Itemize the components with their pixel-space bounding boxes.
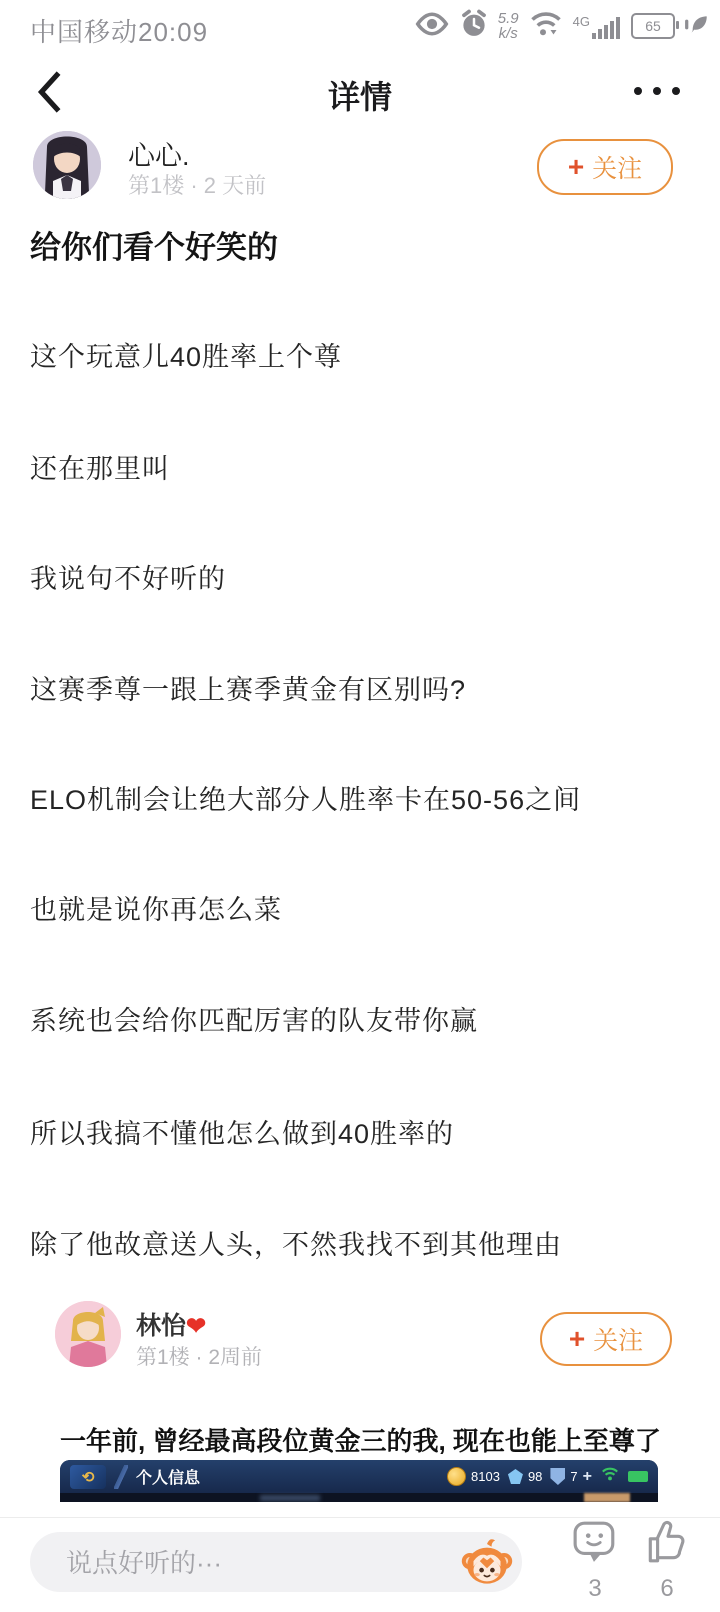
comment-floor-time: 第1楼 · 2周前 [136, 1341, 262, 1371]
comment-text: 一年前, 曾经最高段位黄金三的我, 现在也能上至尊了 [60, 1421, 661, 1458]
post-paragraph: 系统也会给你匹配厉害的队友带你赢 [30, 999, 478, 1038]
game-screenshot-lower-strip [60, 1493, 658, 1502]
thumbs-up-icon [644, 1518, 690, 1571]
post-paragraph: 除了他故意送人头，不然我找不到其他理由 [30, 1223, 562, 1262]
post-paragraph: 所以我搞不懂他怎么做到40胜率的 [30, 1112, 454, 1151]
comment-author-name-text: 林怡 [136, 1312, 186, 1340]
dot-icon [634, 87, 642, 95]
status-icons: 5.9 k/s 4G 65 [414, 0, 716, 52]
like-count: 6 [660, 1575, 673, 1603]
wifi-icon [528, 9, 564, 44]
post-paragraph: 我说句不好听的 [30, 557, 226, 596]
emoji-mascot-icon[interactable] [460, 1535, 514, 1589]
shield-icon [550, 1468, 565, 1485]
blurred-ui-fragment [260, 1495, 320, 1501]
decorative-slash [114, 1465, 128, 1489]
follow-label: 关注 [592, 149, 642, 185]
cellular-signal-icon: 4G [573, 13, 622, 39]
token-counter: 7 + [550, 1468, 592, 1486]
network-type-label: 4G [573, 14, 590, 29]
post-paragraph: 还在那里叫 [30, 447, 170, 486]
post-author-name[interactable]: 心心. [128, 134, 190, 173]
game-screenshot-header: ⟲ 个人信息 8103 98 7 + [60, 1460, 658, 1493]
coin-icon [447, 1467, 466, 1486]
coin-count: 8103 [471, 1469, 500, 1484]
gold-coins-counter: 8103 [447, 1467, 500, 1486]
comments-button[interactable]: 3 [565, 1520, 625, 1603]
token-count: 7 [570, 1469, 577, 1484]
follow-button-comment[interactable]: + 关注 [540, 1312, 672, 1366]
post-author-avatar[interactable] [33, 131, 101, 199]
blurred-character-art [584, 1493, 630, 1502]
post-paragraph: ELO机制会让绝大部分人胜率卡在50-56之间 [30, 778, 581, 817]
plus-icon: + [569, 1325, 585, 1353]
status-bar: 中国移动20:09 5.9 k/s 4G 65 [0, 0, 720, 52]
gem-count: 98 [528, 1469, 542, 1484]
battery-percent: 65 [645, 18, 661, 34]
carrier-time-text: 中国移动20:09 [30, 12, 208, 49]
nav-bar: 详情 [0, 58, 720, 124]
network-speed: 5.9 k/s [498, 11, 519, 41]
post-paragraph: 也就是说你再怎么菜 [30, 888, 282, 927]
like-button[interactable]: 6 [637, 1518, 697, 1603]
post-floor-time: 第1楼 · 2 天前 [128, 169, 266, 200]
comment-author-name[interactable]: 林怡❤ [136, 1306, 206, 1342]
dot-icon [672, 87, 680, 95]
comment-count: 3 [588, 1575, 601, 1603]
game-back-emblem-icon: ⟲ [70, 1465, 106, 1489]
gem-icon [508, 1469, 523, 1484]
comment-bubble-icon [572, 1520, 618, 1571]
post-detail-screen: 中国移动20:09 5.9 k/s 4G 65 [0, 0, 720, 1612]
game-screen-title: 个人信息 [136, 1465, 200, 1488]
battery-icon: 65 [631, 13, 675, 39]
game-battery-icon [628, 1471, 648, 1482]
post-paragraph: 这赛季尊一跟上赛季黄金有区别吗? [30, 668, 466, 707]
more-options-button[interactable] [634, 76, 680, 106]
diamond-counter: 98 [508, 1469, 542, 1484]
comment-author-avatar[interactable] [55, 1301, 121, 1367]
alarm-icon [459, 9, 489, 44]
game-wifi-icon [600, 1466, 620, 1487]
speed-unit: k/s [499, 26, 518, 41]
comment-attachment-image[interactable]: ⟲ 个人信息 8103 98 7 + [60, 1460, 658, 1502]
plus-icon: + [583, 1468, 592, 1486]
bottom-action-bar: 3 6 [0, 1517, 720, 1612]
post-title: 给你们看个好笑的 [30, 222, 278, 267]
comment-input-pill[interactable] [30, 1532, 522, 1592]
follow-button-post[interactable]: + 关注 [537, 139, 673, 195]
page-title: 详情 [0, 72, 720, 118]
dot-icon [653, 87, 661, 95]
post-paragraph: 这个玩意儿40胜率上个尊 [30, 335, 342, 374]
follow-label: 关注 [593, 1321, 643, 1357]
comment-input[interactable] [64, 1532, 448, 1594]
power-save-leaf-icon [684, 11, 710, 42]
heart-emoji: ❤ [186, 1313, 206, 1340]
eye-protection-icon [414, 11, 450, 42]
speed-value: 5.9 [498, 11, 519, 26]
plus-icon: + [568, 153, 584, 181]
